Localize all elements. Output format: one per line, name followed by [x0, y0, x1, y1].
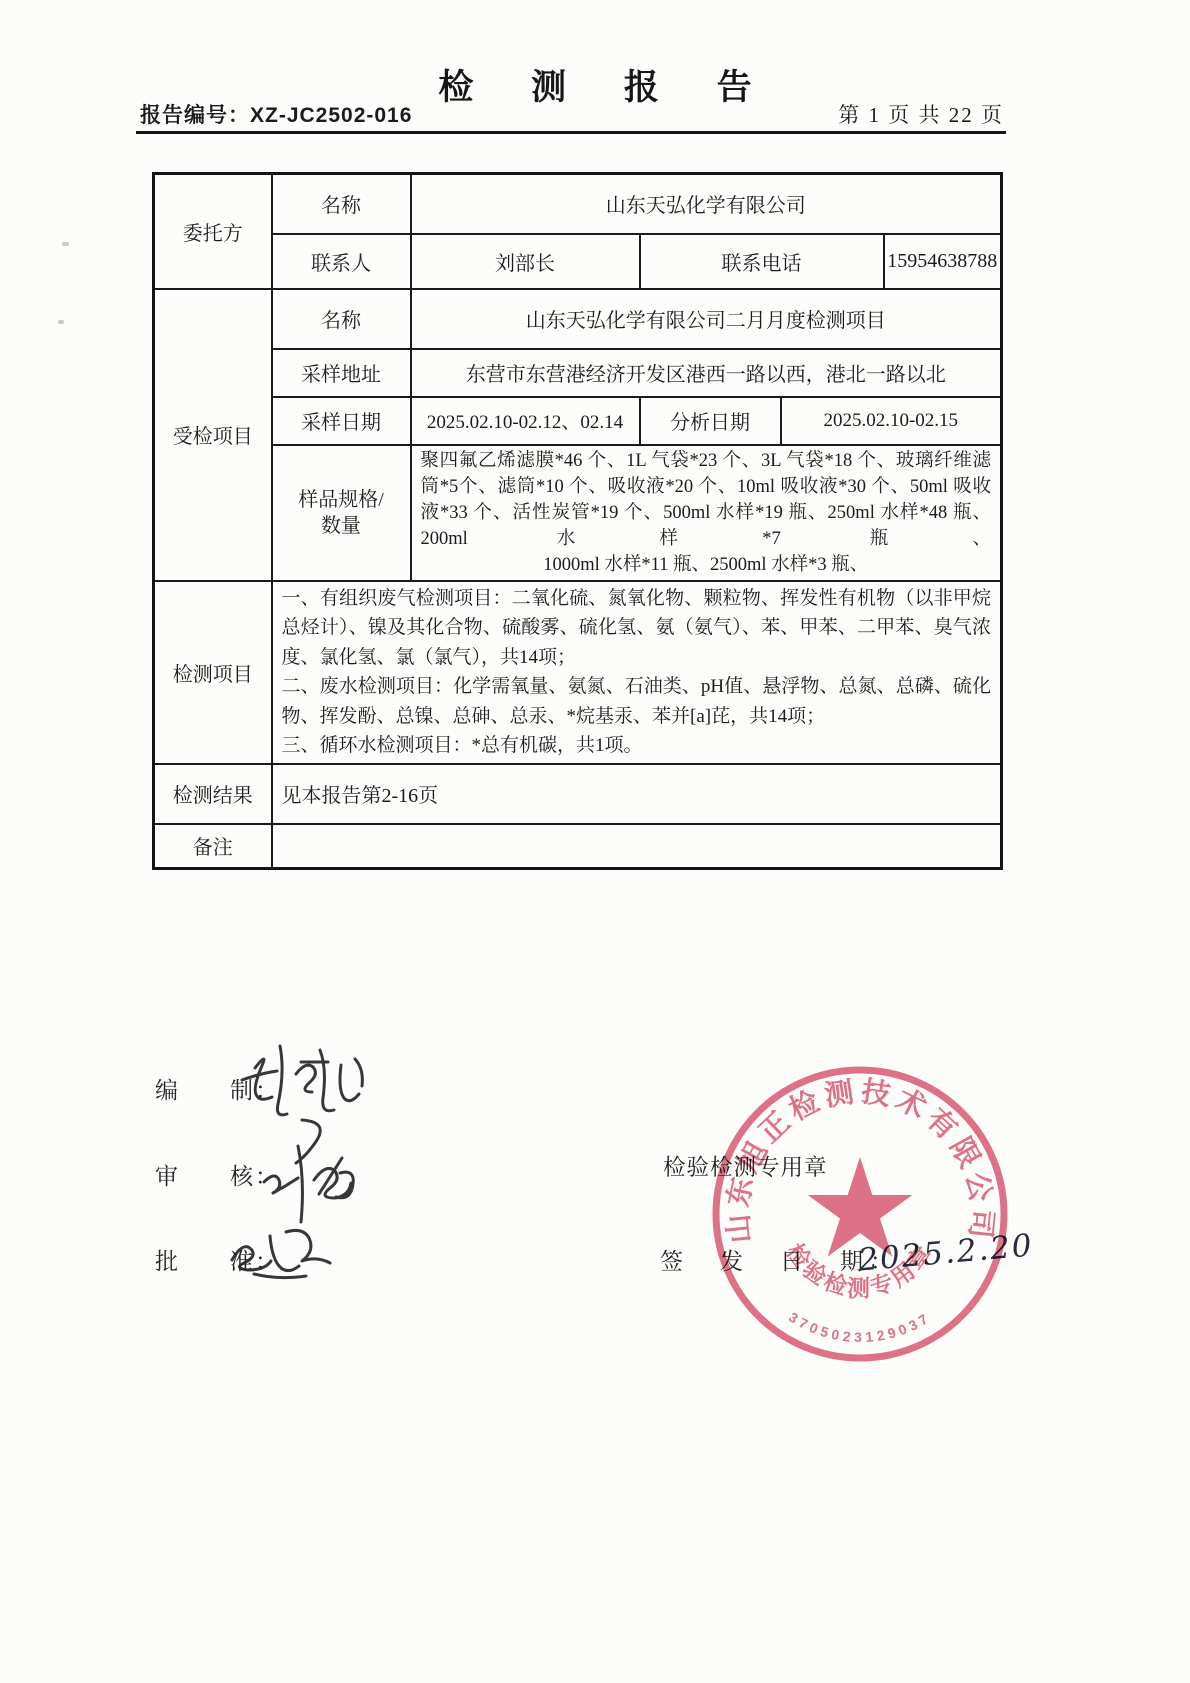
spec-label-text: 样品规格/数量	[295, 487, 387, 539]
client-name-label: 名称	[272, 174, 411, 234]
sampling-address-value: 东营市东营港经济开发区港西一路以西，港北一路以北	[411, 349, 1002, 397]
items-value: 一、有组织废气检测项目：二氧化硫、氮氧化物、颗粒物、挥发性有机物（以非甲烷总烃计…	[272, 581, 1002, 764]
contact-value: 刘部长	[411, 234, 640, 289]
table-row: 委托方 名称 山东天弘化学有限公司	[154, 174, 1002, 234]
remark-value	[272, 824, 1002, 869]
report-table: 委托方 名称 山东天弘化学有限公司 联系人 刘部长 联系电话 159546387…	[152, 172, 1003, 870]
stamp-caption: 检验检测专用章	[663, 1150, 828, 1182]
report-number: 报告编号：XZ-JC2502-016	[140, 99, 412, 129]
items-row-label: 检测项目	[154, 581, 272, 764]
items-line-3: 三、循环水检测项目：*总有机碳，共1项。	[282, 731, 992, 761]
sampling-address-label: 采样地址	[272, 349, 411, 397]
phone-value: 15954638788	[884, 234, 1002, 289]
table-row: 采样地址 东营市东营港经济开发区港西一路以西，港北一路以北	[154, 349, 1002, 397]
seal-ring	[716, 1070, 1004, 1358]
contact-label: 联系人	[272, 234, 411, 289]
table-row: 检测项目 一、有组织废气检测项目：二氧化硫、氮氧化物、颗粒物、挥发性有机物（以非…	[154, 581, 1002, 764]
sampling-date-label: 采样日期	[272, 397, 411, 445]
items-line-2: 二、废水检测项目：化学需氧量、氨氮、石油类、pH值、悬浮物、总氮、总磷、硫化物、…	[282, 672, 992, 731]
phone-label: 联系电话	[640, 234, 884, 289]
spec-label: 样品规格/数量	[272, 445, 411, 581]
company-seal: 山东旭正检测技术有限公司 检验检测专用章 3705023129037	[710, 1064, 1010, 1364]
remark-row-label: 备注	[154, 824, 272, 869]
table-row: 备注	[154, 824, 1002, 869]
reviewed-signature	[252, 1116, 372, 1226]
svg-text:3705023129037: 3705023129037	[786, 1309, 934, 1345]
report-number-label: 报告编号：	[140, 104, 250, 127]
table-row: 联系人 刘部长 联系电话 15954638788	[154, 234, 1002, 289]
client-name-value: 山东天弘化学有限公司	[411, 174, 1002, 234]
scan-speck	[62, 242, 69, 246]
table-row: 样品规格/数量 聚四氟乙烯滤膜*46 个、1L 气袋*23 个、3L 气袋*18…	[154, 445, 1002, 581]
table-row: 受检项目 名称 山东天弘化学有限公司二月月度检测项目	[154, 289, 1002, 349]
project-name-value: 山东天弘化学有限公司二月月度检测项目	[411, 289, 1002, 349]
client-row-label: 委托方	[154, 174, 272, 289]
table-row: 采样日期 2025.02.10-02.12、02.14 分析日期 2025.02…	[154, 397, 1002, 445]
sampling-date-value: 2025.02.10-02.12、02.14	[411, 397, 640, 445]
items-line-1: 一、有组织废气检测项目：二氧化硫、氮氧化物、颗粒物、挥发性有机物（以非甲烷总烃计…	[282, 584, 992, 673]
page-indicator: 第 1 页 共 22 页	[838, 99, 1004, 129]
spec-value: 聚四氟乙烯滤膜*46 个、1L 气袋*23 个、3L 气袋*18 个、玻璃纤维滤…	[411, 445, 1002, 581]
spec-text-last: 1000ml 水样*11 瓶、2500ml 水样*3 瓶、	[421, 552, 992, 578]
issue-date-handwriting: 2025.2.20	[857, 1227, 1035, 1278]
project-name-label: 名称	[272, 289, 411, 349]
report-page: 检 测 报 告 报告编号：XZ-JC2502-016 第 1 页 共 22 页 …	[0, 0, 1190, 1683]
result-row-label: 检测结果	[154, 764, 272, 824]
spec-text-main: 聚四氟乙烯滤膜*46 个、1L 气袋*23 个、3L 气袋*18 个、玻璃纤维滤…	[421, 448, 992, 552]
result-value: 见本报告第2-16页	[272, 764, 1002, 824]
analysis-date-value: 2025.02.10-02.15	[781, 397, 1002, 445]
approved-signature	[224, 1222, 344, 1290]
seal-code: 3705023129037	[786, 1309, 934, 1345]
header-divider	[136, 131, 1006, 134]
report-number-value: XZ-JC2502-016	[250, 104, 412, 127]
project-row-label: 受检项目	[154, 289, 272, 581]
table-row: 检测结果 见本报告第2-16页	[154, 764, 1002, 824]
header-meta-row: 报告编号：XZ-JC2502-016 第 1 页 共 22 页	[140, 99, 1004, 129]
analysis-date-label: 分析日期	[640, 397, 781, 445]
scan-speck	[58, 320, 64, 324]
